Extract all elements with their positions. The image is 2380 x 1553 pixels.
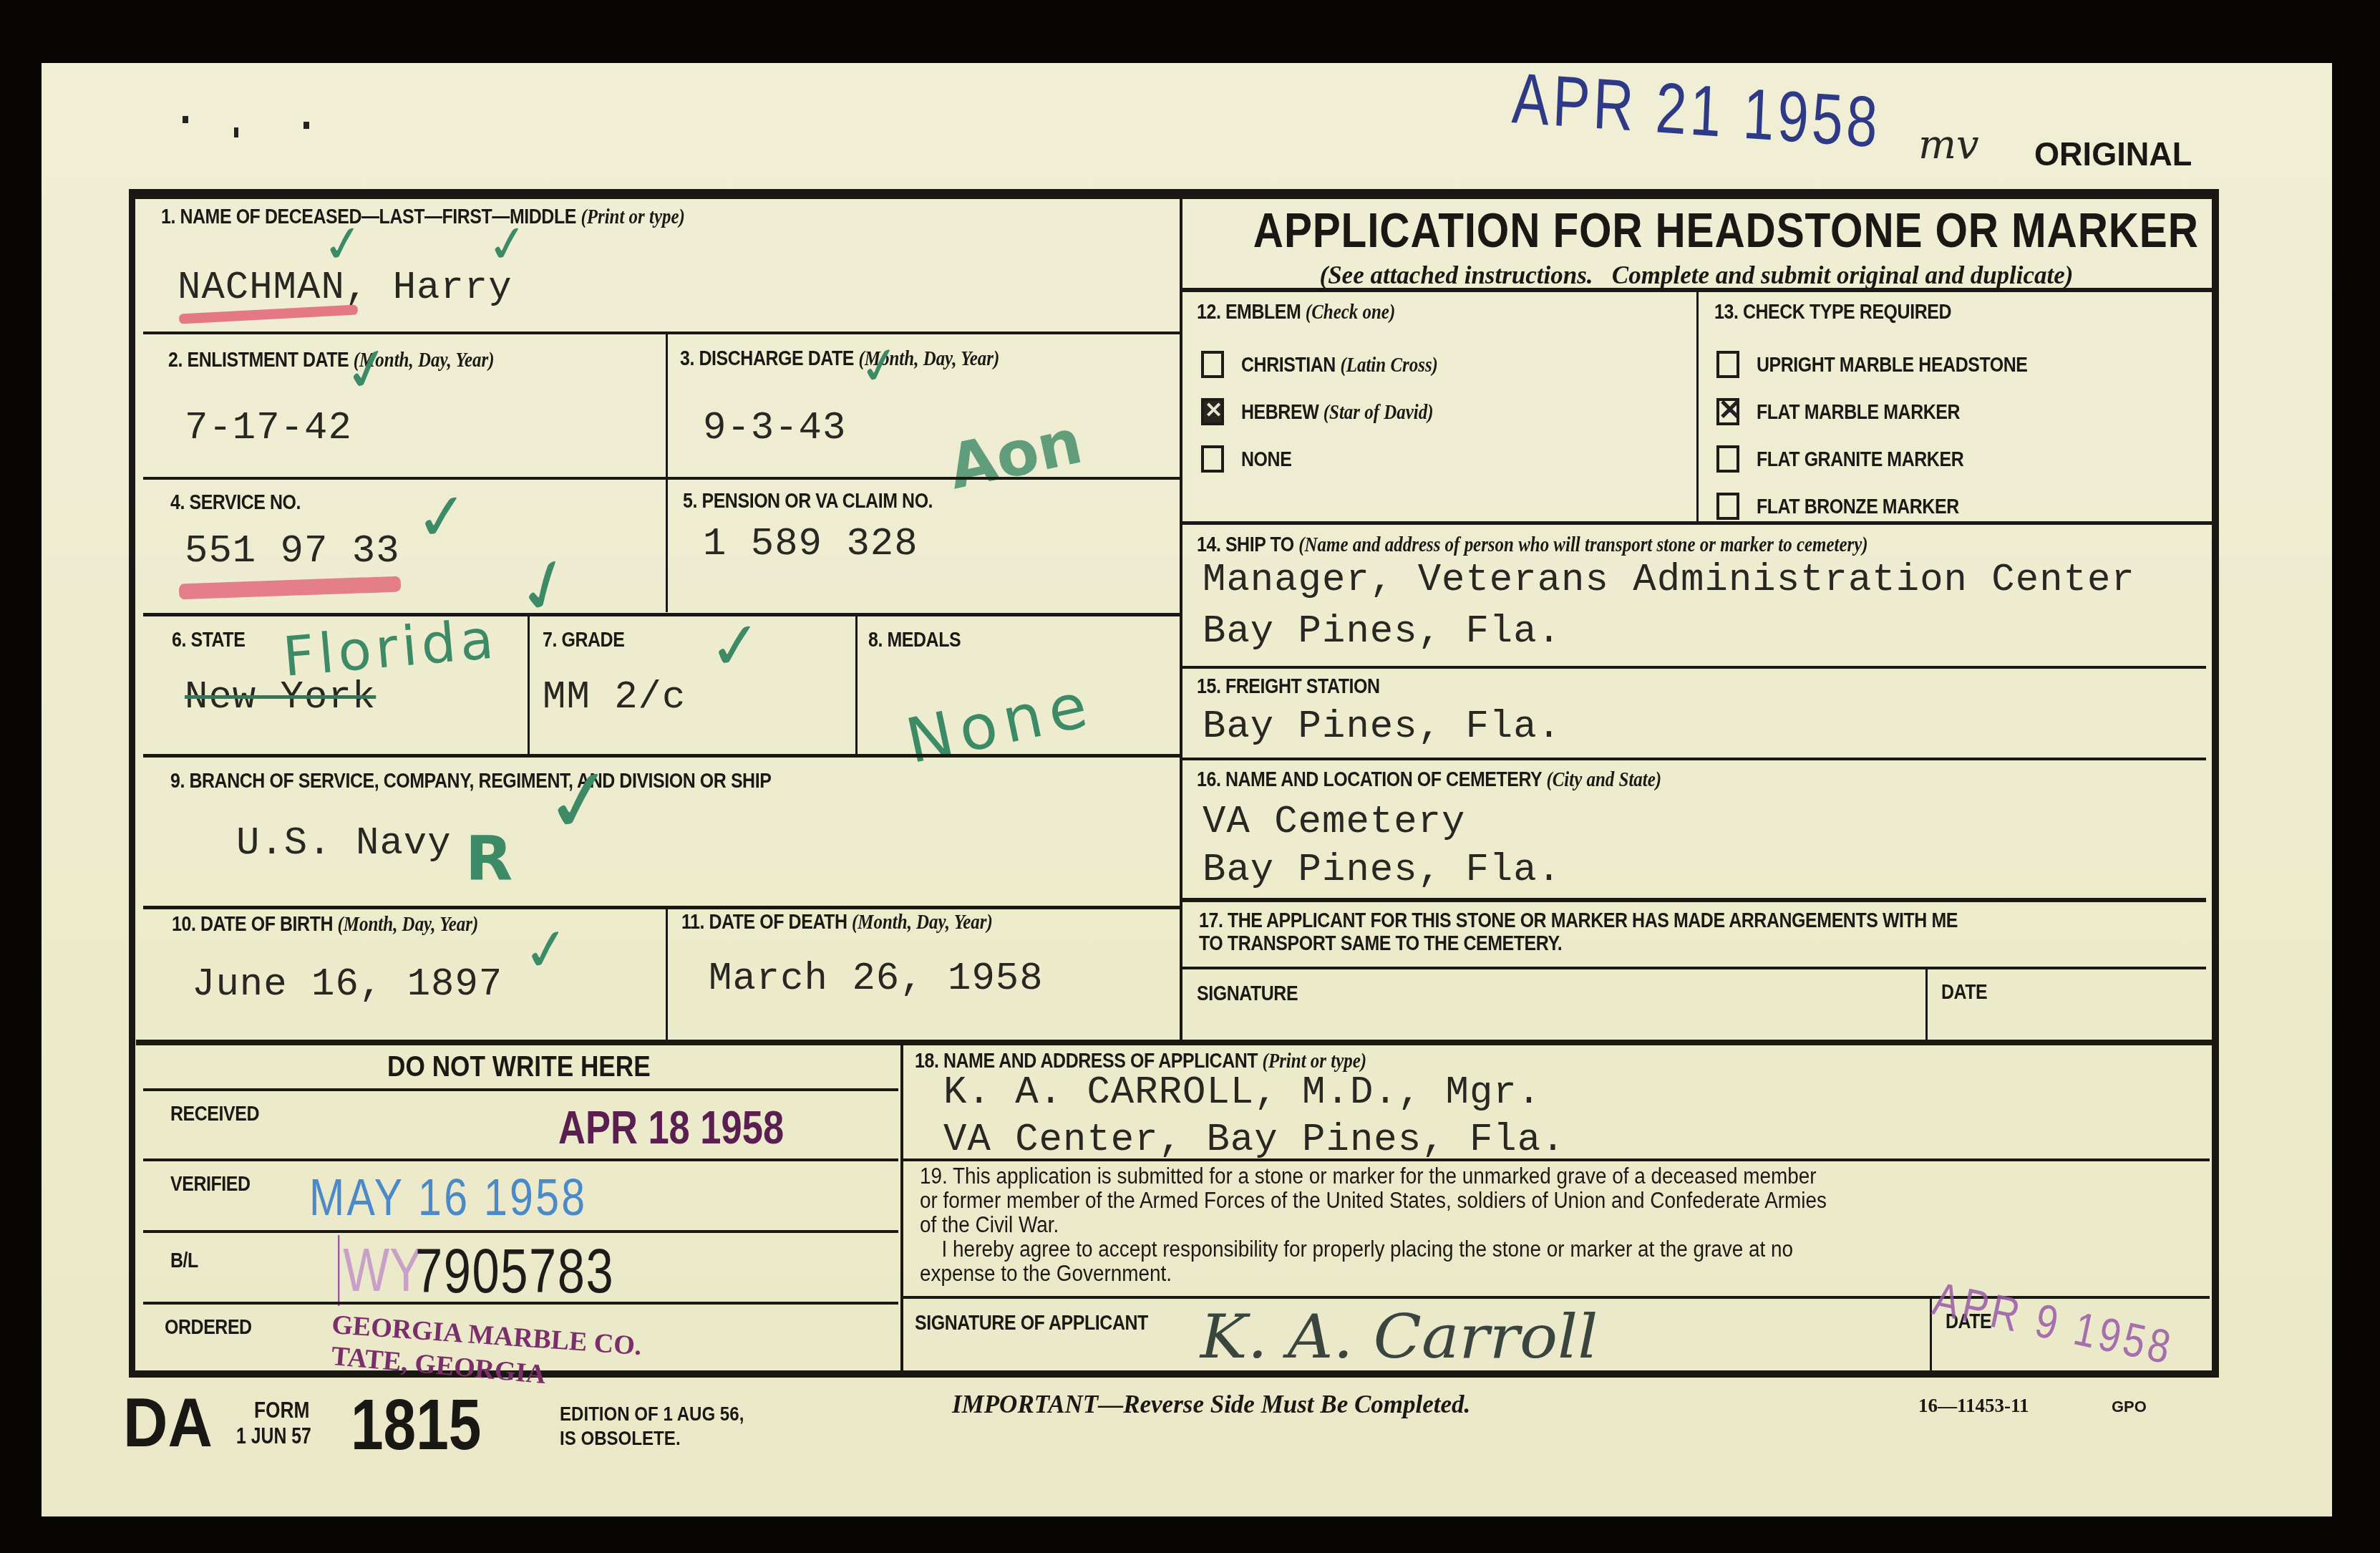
row-divider (143, 1230, 898, 1233)
transporter-signature-field[interactable] (1197, 1002, 1913, 1038)
checkbox-flat-bronze[interactable] (1716, 493, 1739, 520)
branch-value: U.S. Navy (236, 822, 452, 866)
row-divider (903, 1158, 2210, 1161)
stamp-initials: mv (1918, 122, 1979, 168)
field-15-label: 15. FREIGHT STATION (1197, 675, 1380, 699)
checkbox-flat-granite[interactable] (1716, 445, 1739, 473)
applicant-signature-label: SIGNATURE OF APPLICANT (915, 1312, 1148, 1335)
field-2-label: 2. ENLISTMENT DATE (Month, Day, Year) (168, 349, 495, 372)
column-divider (900, 1044, 903, 1377)
field-13-label: 13. CHECK TYPE REQUIRED (1714, 301, 1951, 324)
applicant-address-value: VA Center, Bay Pines, Fla. (943, 1118, 1565, 1162)
birth-date-value: June 16, 1897 (192, 963, 502, 1007)
field-6-label: 6. STATE (172, 629, 245, 652)
freight-station-value: Bay Pines, Fla. (1203, 705, 1561, 749)
hole-mark (234, 127, 238, 137)
cemetery-line-2: Bay Pines, Fla. (1203, 848, 1561, 892)
form-number: 1815 (351, 1389, 481, 1461)
field-7-label: 7. GRADE (543, 629, 624, 652)
row-divider (1182, 666, 2206, 669)
print-code: 16—11453-11 (1918, 1395, 2029, 1417)
row-divider (143, 332, 1181, 334)
hole-mark (183, 116, 188, 123)
field-10-label: 10. DATE OF BIRTH (Month, Day, Year) (172, 913, 478, 937)
row-divider (1182, 521, 2213, 525)
form-subtitle: (See attached instructions. Complete and… (1181, 261, 2212, 290)
hole-mark (303, 122, 309, 129)
form-date: 1 JUN 57 (236, 1423, 311, 1449)
cell-divider (528, 616, 530, 755)
field-16-label: 16. NAME AND LOCATION OF CEMETERY (City … (1197, 768, 1661, 792)
death-date-value: March 26, 1958 (709, 957, 1044, 1001)
field-5-label: 5. PENSION OR VA CLAIM NO. (683, 490, 933, 513)
row-divider (143, 906, 1181, 909)
cell-divider (666, 908, 668, 1042)
discharge-date-value: 9-3-43 (703, 407, 846, 450)
received-date-stamp: APR 18 1958 (558, 1101, 784, 1154)
checkbox-christian[interactable] (1201, 351, 1224, 378)
green-check-mark: ✓ (483, 212, 533, 276)
green-check-mark: ✓ (538, 748, 623, 856)
transporter-date-field[interactable] (1941, 1002, 2199, 1038)
applicant-name-value: K. A. CARROLL, M.D., Mgr. (943, 1071, 1541, 1115)
green-check-mark: ✓ (518, 914, 575, 986)
green-check-mark: ✓ (412, 478, 472, 557)
row-divider (143, 1302, 898, 1305)
field-11-label: 11. DATE OF DEATH (Month, Day, Year) (681, 911, 993, 934)
verified-label: VERIFIED (170, 1173, 251, 1196)
cell-divider (666, 333, 668, 612)
field-17-text-2: TO TRANSPORT SAME TO THE CEMETERY. (1199, 932, 1562, 956)
form-title: APPLICATION FOR HEADSTONE OR MARKER (1253, 203, 2139, 258)
verified-date-stamp: MAY 16 1958 (309, 1169, 587, 1227)
checkbox-flat-marble-checked[interactable] (1716, 398, 1739, 425)
ordered-label: ORDERED (165, 1316, 252, 1340)
printer-label: GPO (2112, 1398, 2147, 1416)
row-divider (143, 754, 1181, 758)
bill-of-lading-number: 7905783 (415, 1234, 614, 1307)
row-divider (143, 613, 1181, 616)
field-18-label: 18. NAME AND ADDRESS OF APPLICANT (Print… (915, 1050, 1366, 1073)
field-8-label: 8. MEDALS (868, 629, 961, 652)
field-3-label: 3. DISCHARGE DATE (Month, Day, Year) (680, 347, 999, 371)
important-notice: IMPORTANT—Reverse Side Must Be Completed… (952, 1390, 1470, 1419)
pencil-annotation-r: R (465, 823, 513, 895)
field-4-label: 4. SERVICE NO. (170, 491, 301, 515)
row-divider (1182, 967, 2206, 969)
field-9-label: 9. BRANCH OF SERVICE, COMPANY, REGIMENT,… (170, 770, 771, 793)
office-use-title: DO NOT WRITE HERE (143, 1051, 895, 1083)
green-check-mark: ✓ (319, 212, 368, 276)
column-divider (1180, 193, 1182, 1042)
grade-value: MM 2/c (543, 676, 686, 720)
received-label: RECEIVED (170, 1103, 259, 1126)
bill-of-lading-prefix: WY (338, 1235, 422, 1306)
row-divider (1182, 898, 2206, 902)
agency-label: DA (123, 1389, 213, 1458)
field-17-date-label: DATE (1941, 981, 1987, 1005)
service-number-value: 551 97 33 (185, 530, 400, 574)
cell-divider (1925, 969, 1928, 1041)
ship-to-line-2: Bay Pines, Fla. (1203, 610, 1561, 654)
field-19-statement: 19. This application is submitted for a … (920, 1164, 2131, 1286)
field-14-label: 14. SHIP TO (Name and address of person … (1197, 533, 1868, 557)
edition-note: EDITION OF 1 AUG 56, IS OBSOLETE. (560, 1402, 744, 1451)
claim-number-value: 1 589 328 (703, 523, 918, 566)
enlistment-date-value: 7-17-42 (185, 407, 352, 450)
section-divider (136, 1040, 2215, 1045)
checkbox-none[interactable] (1201, 445, 1224, 473)
form-word: FORM (254, 1398, 310, 1423)
cell-divider (1696, 292, 1699, 521)
field-17-text-1: 17. THE APPLICANT FOR THIS STONE OR MARK… (1199, 909, 1958, 933)
green-check-mark: ✓ (706, 606, 766, 686)
form-title-block: APPLICATION FOR HEADSTONE OR MARKER (See… (1181, 203, 2212, 290)
row-divider (143, 477, 1181, 480)
row-divider (143, 1088, 898, 1091)
field-1-label: 1. NAME OF DECEASED—LAST—FIRST—MIDDLE (P… (161, 205, 685, 229)
applicant-signature[interactable]: K. A. Carroll (1200, 1302, 1598, 1372)
checkbox-hebrew-checked[interactable] (1201, 398, 1224, 425)
row-divider (143, 1158, 898, 1161)
bill-of-lading-label: B/L (170, 1249, 198, 1273)
checkbox-upright-marble[interactable] (1716, 351, 1739, 378)
cemetery-line-1: VA Cemetery (1203, 800, 1465, 844)
cell-divider (855, 616, 858, 755)
row-divider (1182, 758, 2206, 760)
ship-to-line-1: Manager, Veterans Administration Center (1203, 558, 2135, 602)
field-12-label: 12. EMBLEM (Check one) (1197, 301, 1395, 324)
copy-label: ORIGINAL (2034, 135, 2192, 173)
state-value-struck: New York (185, 676, 376, 720)
